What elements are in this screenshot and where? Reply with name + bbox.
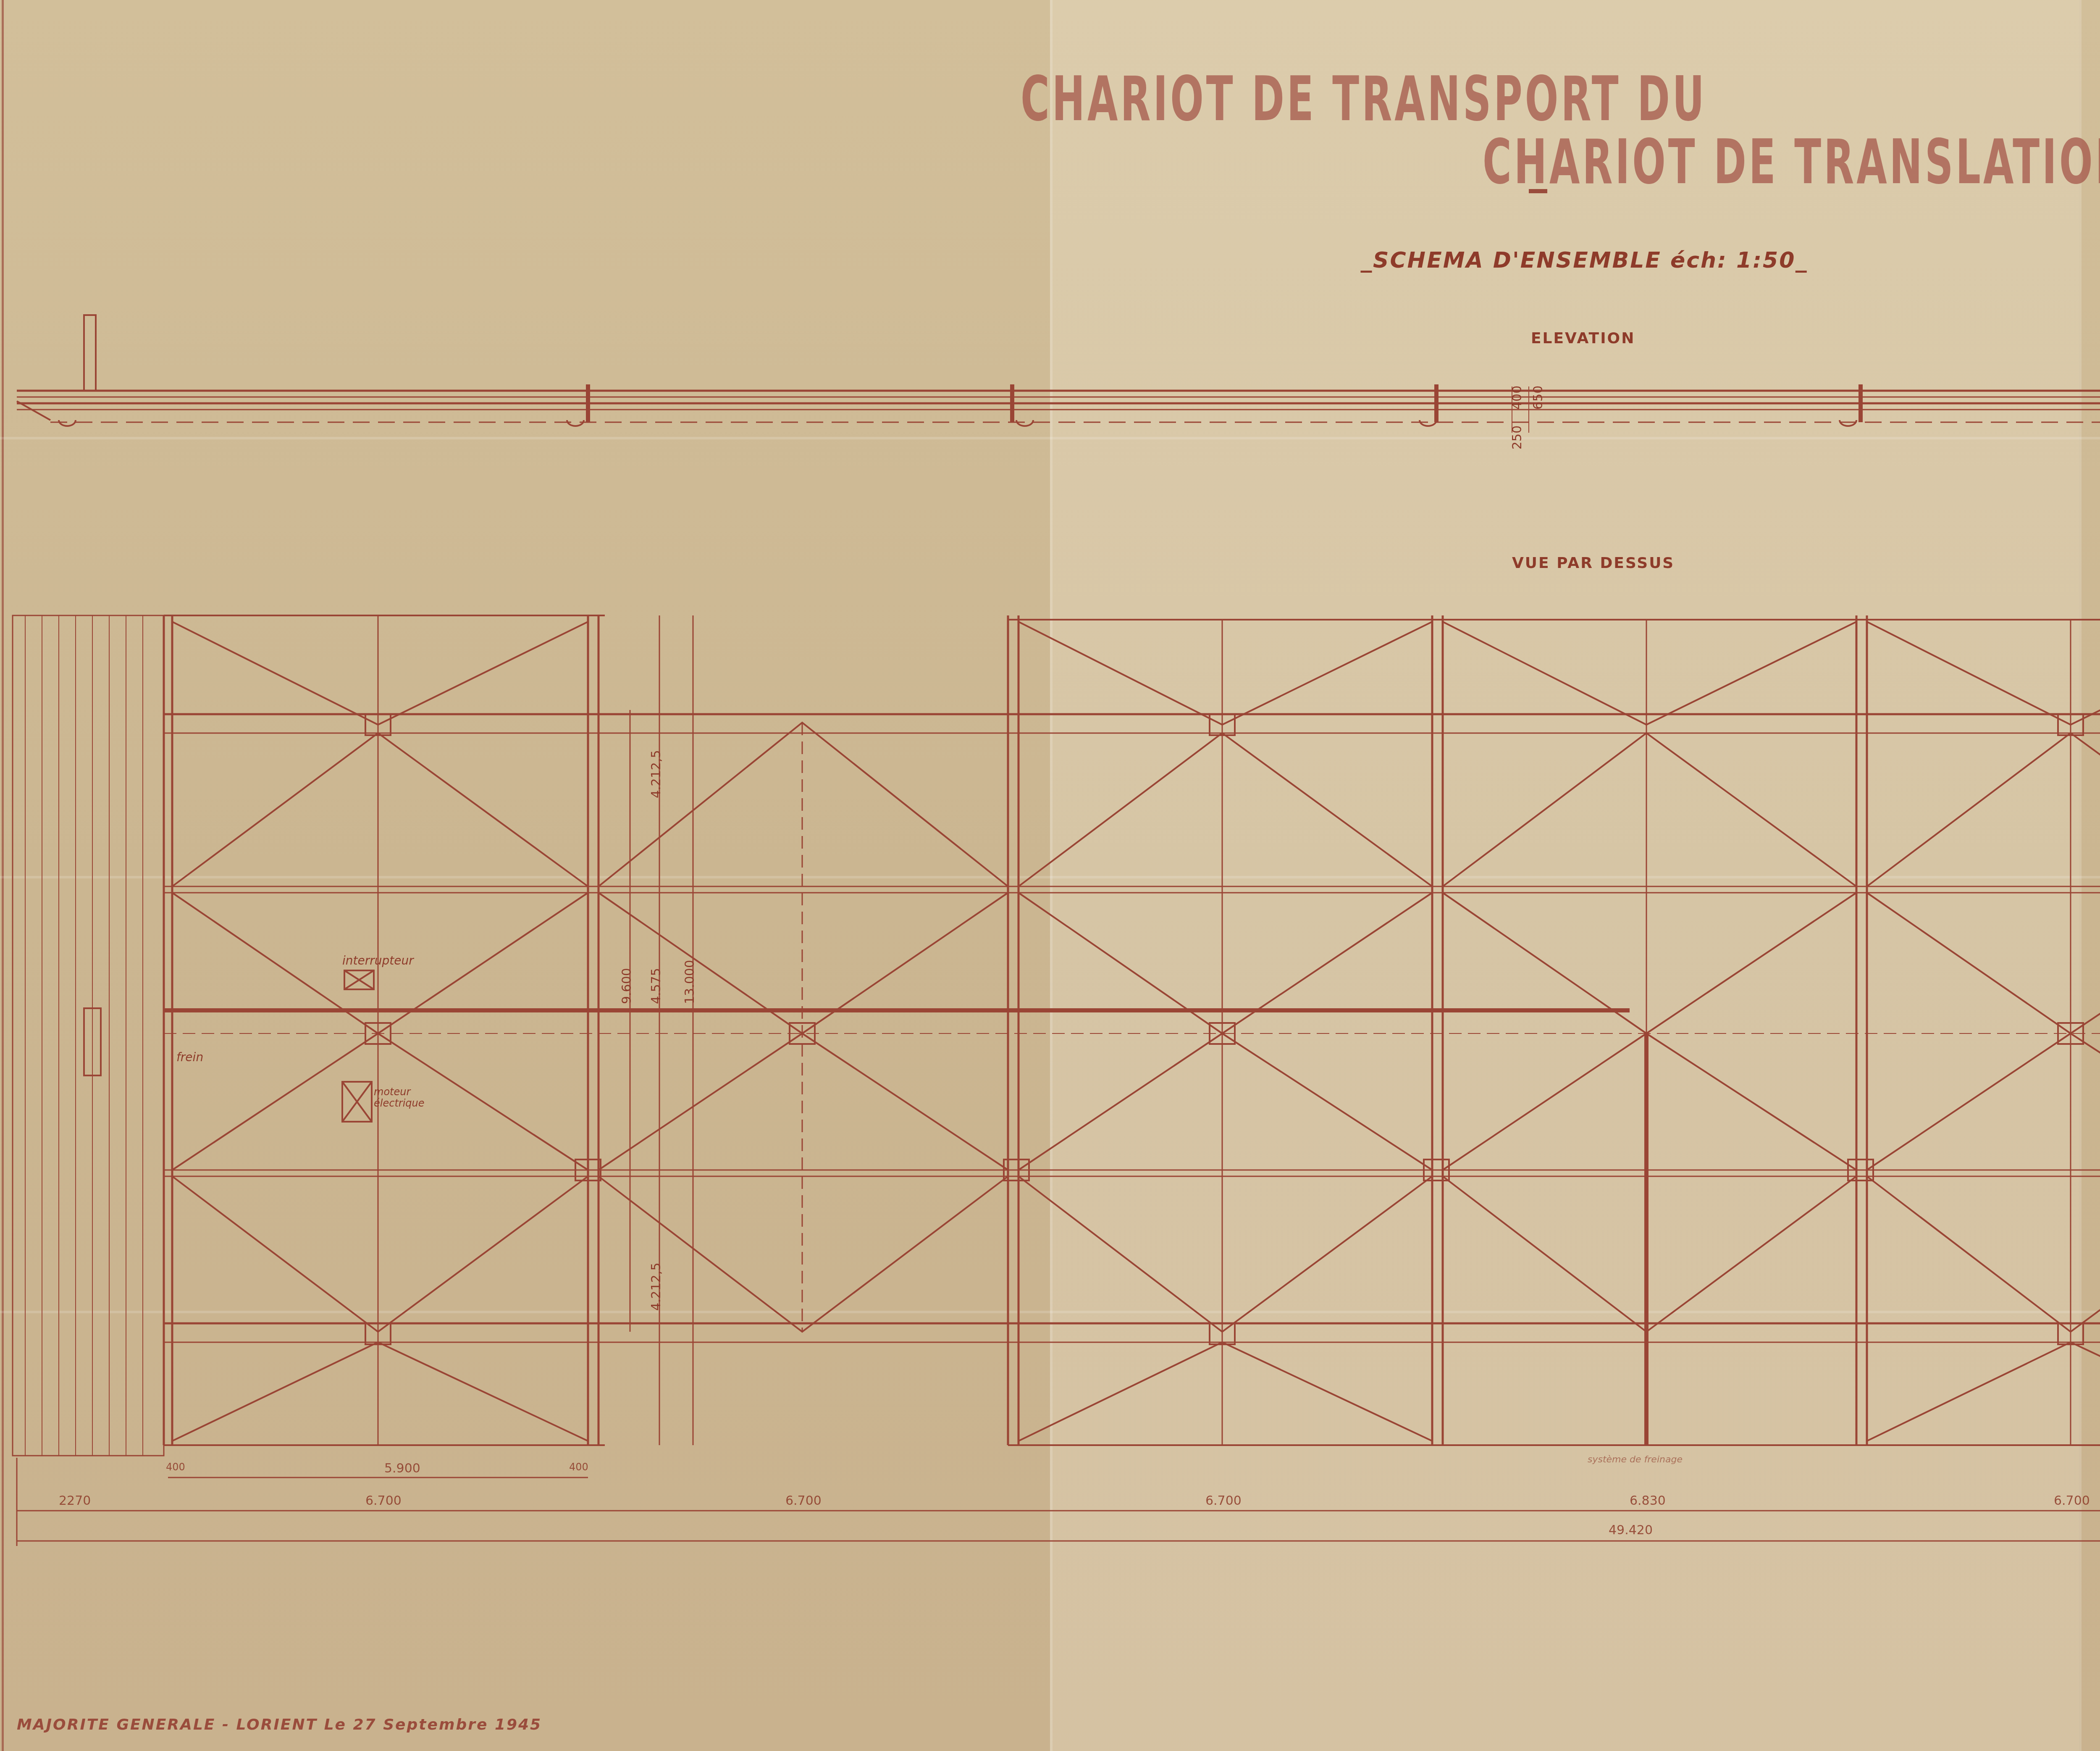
label-interrupteur: interrupteur (342, 954, 414, 968)
dim-13000: 13.000 (682, 960, 697, 1004)
dim-9600: 9.600 (619, 968, 634, 1004)
dim-5900: 5.900 (384, 1461, 420, 1476)
top-view (13, 615, 2100, 1456)
dim-bay-2: 6.700 (785, 1493, 822, 1508)
dim-bay-4: 6.830 (1630, 1493, 1666, 1508)
drawing-sheet: CHARIOT DE TRANSPORT DU CHARIOT DE TRANS… (0, 0, 2100, 1751)
dim-bay-1: 6.700 (365, 1493, 402, 1508)
elevation-view (17, 315, 2100, 433)
elevation-dim-400: 400 (1510, 386, 1525, 410)
dim-total: 49.420 (1609, 1523, 1653, 1538)
dim-lower: 4.212,5 (649, 1262, 664, 1311)
label-electrique: électrique (374, 1097, 425, 1109)
dim-bay-0: 2270 (59, 1493, 91, 1508)
dim-bay-3: 6.700 (1205, 1493, 1242, 1508)
dim-upper: 4.212,5 (649, 750, 664, 798)
technical-drawing (0, 0, 2100, 1751)
dim-400-right: 400 (569, 1461, 588, 1473)
dim-4575: 4.575 (649, 968, 664, 1004)
elevation-dim-650: 650 (1531, 386, 1546, 410)
label-frein: frein (176, 1050, 203, 1064)
elevation-dim-250: 250 (1510, 426, 1525, 450)
label-moteur: moteur (374, 1086, 410, 1098)
footer-signature: MAJORITE GENERALE - LORIENT Le 27 Septem… (17, 1716, 542, 1733)
dim-bay-5: 6.700 (2054, 1493, 2090, 1508)
label-center-note: système de freinage (1588, 1454, 1683, 1465)
dimension-lines (17, 1458, 2100, 1546)
dim-400-left: 400 (166, 1461, 185, 1473)
